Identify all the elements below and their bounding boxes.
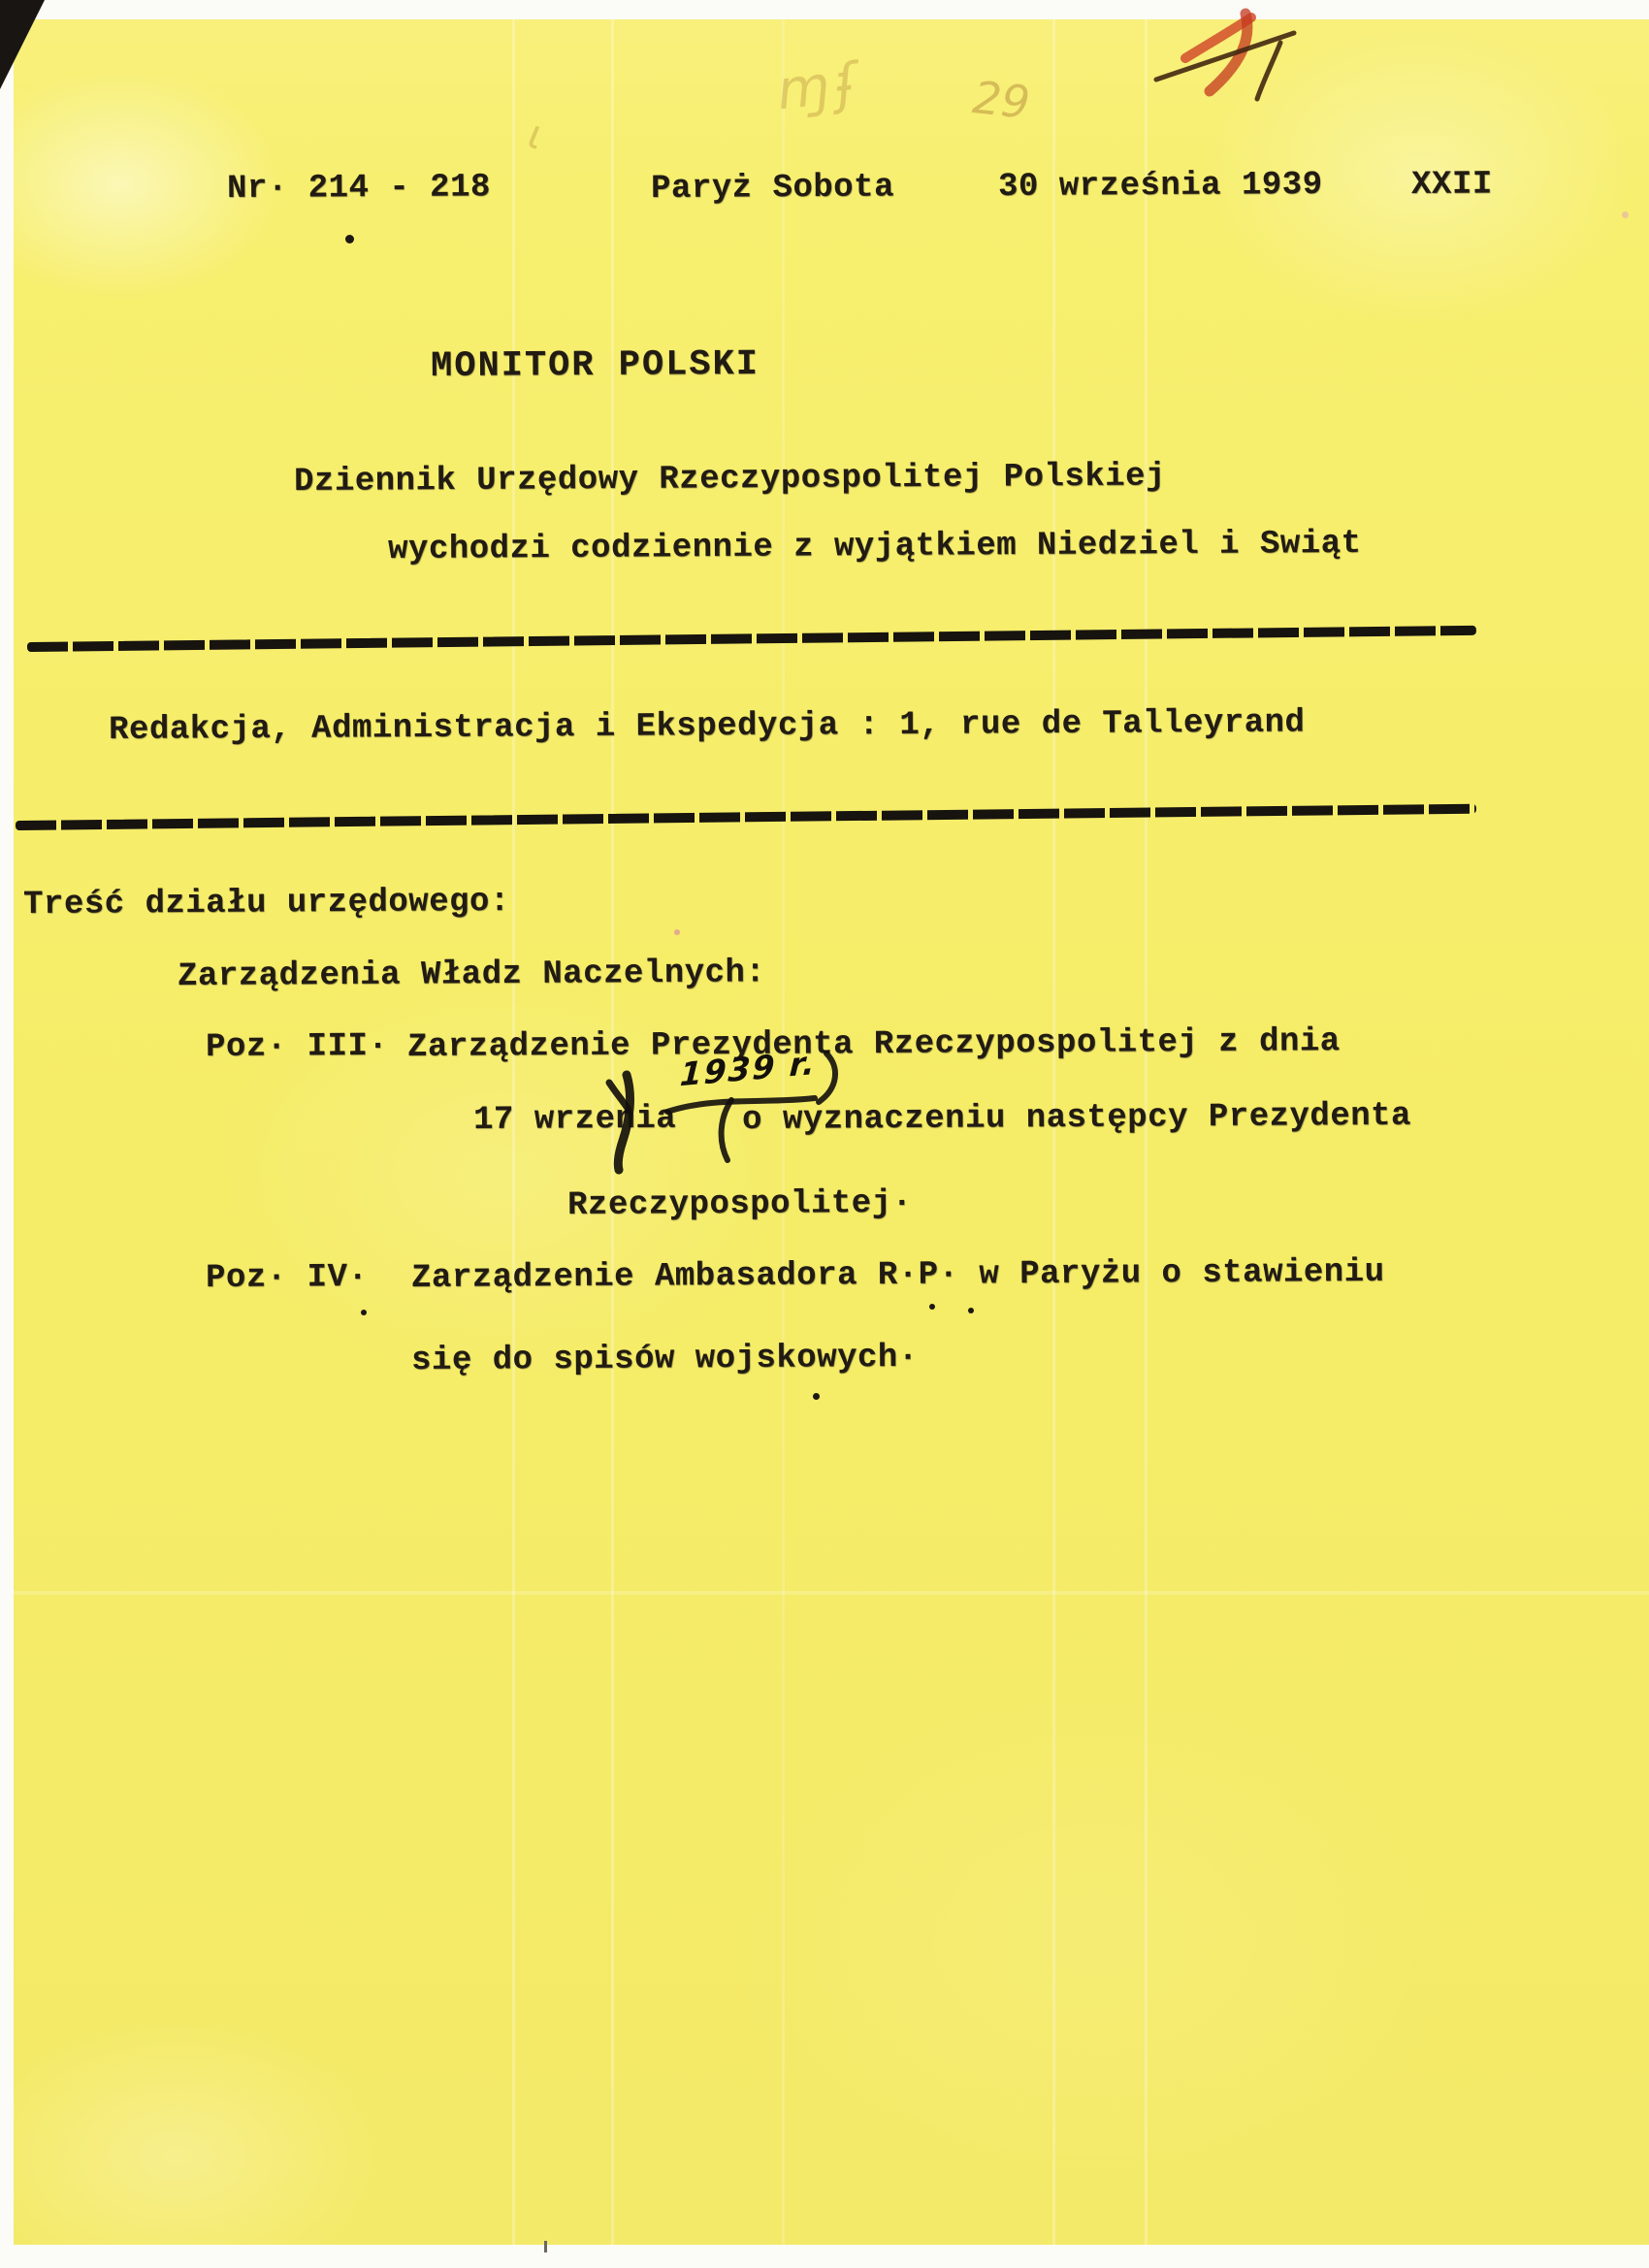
dateline-place: Paryż Sobota [651,171,894,206]
ink-dot [345,235,354,243]
address-line: Redakcja, Administracja i Ekspedycja : 1… [109,706,1305,747]
volume-number: XXII [1411,168,1493,202]
toc-item-poz-iii-line1: Zarządzenie Prezydenta Rzeczypospolitej … [407,1025,1341,1064]
toc-item-poz-iii-line2-rest: o wyznaczeniu następcy Prezydenta [742,1100,1411,1137]
pencil-mark: 29 [971,75,1032,125]
publication-frequency-note: wychodzi codziennie z wyjątkiem Niedziel… [388,528,1362,567]
toc-heading: Treść działu urzędowego: [23,886,510,922]
paper-speck [674,929,680,935]
ink-dot [813,1393,820,1400]
masthead-subtitle: Dziennik Urzędowy Rzeczypospolitej Polsk… [294,461,1166,499]
toc-item-poz-iii-label: Poz· III· [206,1030,388,1064]
toc-item-poz-iv-label: Poz· IV· [206,1261,368,1295]
scanned-document-page: ι ɱʄ 29 Nr· 214 - 218 Paryż Sobota 30 wr… [0,0,1649,2268]
ink-dot [968,1308,974,1313]
paper-edge-mark [544,2241,547,2252]
toc-item-poz-iii-line3: Rzeczypospolitej· [567,1187,913,1222]
scan-streak-horizontal [14,1591,1649,1595]
issue-number: Nr· 214 - 218 [227,171,491,206]
toc-item-poz-iv-line1: Zarządzenie Ambasadora R·P· w Paryżu o s… [411,1256,1385,1295]
ink-dot [929,1304,935,1310]
pencil-mark: ɱʄ [773,55,865,118]
paper-speck [1622,211,1629,218]
toc-section-heading: Zarządzenia Władz Naczelnych: [178,956,765,993]
masthead-title: MONITOR POLSKI [431,347,760,385]
ink-dot [361,1310,367,1315]
dateline-date: 30 września 1939 [998,169,1323,204]
toc-item-poz-iii-line2-start: 17 wrzenia [473,1103,676,1137]
toc-item-poz-iv-line2: się do spisów wojskowych· [411,1342,919,1377]
